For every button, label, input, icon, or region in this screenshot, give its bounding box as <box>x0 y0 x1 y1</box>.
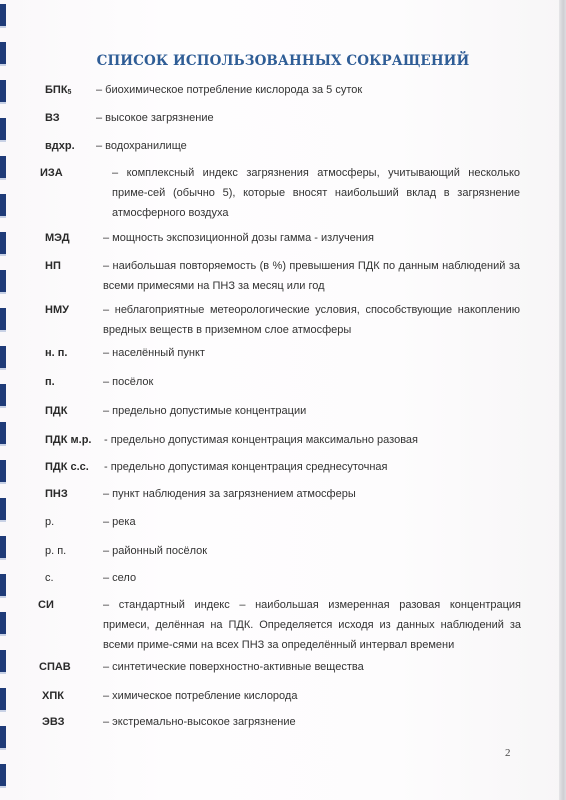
binding-tab <box>0 118 6 142</box>
abbreviation-definition: - предельно допустимая концентрация макс… <box>104 430 520 450</box>
abbreviation-definition: – посёлок <box>103 372 520 392</box>
binding-tab <box>0 4 6 28</box>
binding-tab <box>0 536 6 560</box>
abbreviation-term: ЭВЗ <box>42 712 65 732</box>
page-title: СПИСОК ИСПОЛЬЗОВАННЫХ СОКРАЩЕНИЙ <box>0 53 566 69</box>
abbreviation-definition: – наибольшая повторяемость (в %) превыше… <box>103 256 520 296</box>
binding-tab <box>0 612 6 636</box>
abbreviation-term: ХПК <box>42 686 64 706</box>
document-page: СПИСОК ИСПОЛЬЗОВАННЫХ СОКРАЩЕНИЙ БПК5 – … <box>0 0 566 800</box>
binding-tab <box>0 650 6 674</box>
binding-tab <box>0 384 6 408</box>
abbreviation-term: СИ <box>38 595 54 615</box>
abbreviation-definition: – предельно допустимые концентрации <box>103 401 520 421</box>
abbreviation-definition: – река <box>103 512 520 532</box>
abbreviation-definition: – неблагоприятные метеорологические усло… <box>103 300 520 340</box>
binding-tab <box>0 156 6 180</box>
abbreviation-definition: – высокое загрязнение <box>96 108 526 128</box>
abbreviation-definition: – село <box>103 568 520 588</box>
abbreviation-definition: – синтетические поверхностно-активные ве… <box>103 657 520 677</box>
binding-tab <box>0 688 6 712</box>
binding-tab <box>0 270 6 294</box>
binding-tab <box>0 498 6 522</box>
binding-tab <box>0 726 6 750</box>
abbreviation-term: р. <box>45 512 54 532</box>
abbreviation-definition: – комплексный индекс загрязнения атмосфе… <box>112 163 520 223</box>
abbreviation-term: ПДК м.р. <box>45 430 91 450</box>
abbreviation-term: СПАВ <box>39 657 71 677</box>
abbreviation-definition: – мощность экспозиционной дозы гамма - и… <box>103 228 523 248</box>
binding-tab <box>0 308 6 332</box>
binding-tab <box>0 460 6 484</box>
abbreviation-term: НП <box>45 256 61 276</box>
binding-tab <box>0 80 6 104</box>
abbreviation-term: ПНЗ <box>45 484 68 504</box>
binding-tab <box>0 574 6 598</box>
abbreviation-term: БПК5 <box>45 80 71 103</box>
abbreviation-term: вдхр. <box>45 136 75 156</box>
abbreviation-definition: – биохимическое потребление кислорода за… <box>96 80 526 100</box>
abbreviation-term: р. п. <box>45 541 66 561</box>
abbreviation-definition: – пункт наблюдения за загрязнением атмос… <box>103 484 520 504</box>
binding-tab <box>0 346 6 370</box>
abbreviation-term: НМУ <box>45 300 69 320</box>
binding-tab <box>0 194 6 218</box>
binding-tab <box>0 422 6 446</box>
binding-tab <box>0 232 6 256</box>
page-number: 2 <box>505 747 511 759</box>
abbreviation-term: ПДК с.с. <box>45 457 89 477</box>
abbreviation-definition: – экстремально-высокое загрязнение <box>103 712 520 732</box>
abbreviation-term: ИЗА <box>40 163 63 183</box>
binding-tab <box>0 764 6 788</box>
abbreviation-definition: - предельно допустимая концентрация сред… <box>104 457 520 477</box>
abbreviation-term: ПДК <box>45 401 67 421</box>
abbreviation-term: с. <box>45 568 54 588</box>
page-edge <box>559 0 566 800</box>
abbreviation-term: н. п. <box>45 343 67 363</box>
abbreviation-definition: – районный посёлок <box>103 541 520 561</box>
abbreviation-definition: – населённый пункт <box>103 343 520 363</box>
binding-strip <box>0 0 10 800</box>
abbreviation-term: п. <box>45 372 55 392</box>
abbreviation-definition: – стандартный индекс – наибольшая измере… <box>103 595 521 655</box>
abbreviation-definition: – водохранилище <box>96 136 526 156</box>
abbreviation-definition: – химическое потребление кислорода <box>103 686 520 706</box>
abbreviation-term: ВЗ <box>45 108 60 128</box>
abbreviation-term: МЭД <box>45 228 70 248</box>
